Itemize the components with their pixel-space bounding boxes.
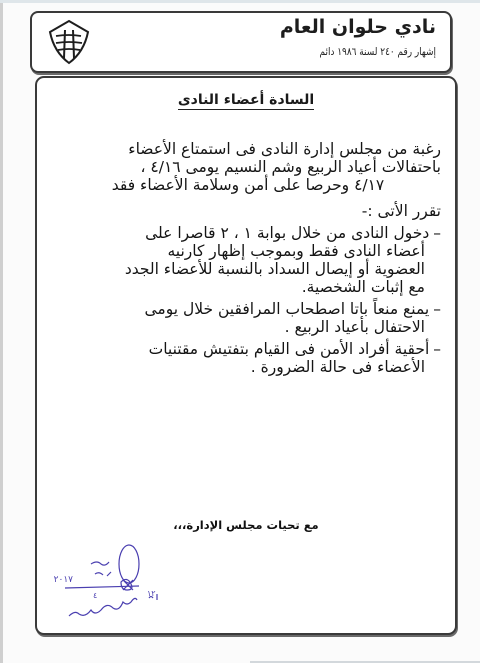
signature-month: ٤: [93, 591, 97, 600]
handwritten-signature: ٢٠١٧ ٤ ١٢: [49, 544, 179, 629]
bullet-dash: –: [433, 300, 441, 318]
registration-number: إشهار رقم ٢٤٠ لسنة ١٩٨٦ دائم: [320, 46, 436, 58]
clause-item: –دخول النادى من خلال بوابة ١ ، ٢ قاصرا ع…: [55, 224, 441, 296]
intro-paragraph: رغبة من مجلس إدارة النادى فى استمتاع الأ…: [55, 140, 441, 194]
salutation-text: السادة أعضاء النادى: [178, 92, 314, 110]
clause-line: مع إثبات الشخصية.: [55, 278, 441, 296]
clause-item: –يمنع منعاً باتا اصطحاب المرافقين خلال ي…: [55, 300, 441, 336]
clause-line: دخول النادى من خلال بوابة ١ ، ٢ قاصرا عل…: [145, 224, 429, 242]
intro-line: باحتفالات أعياد الربيع وشم النسيم يومى ٤…: [55, 158, 441, 176]
intro-line: ٤/١٧ وحرصا على أمن وسلامة الأعضاء فقد: [55, 176, 441, 194]
clause-line: أعضاء النادى فقط وبموجب إظهار كارنيه: [55, 242, 441, 260]
clause-item: –أحقية أفراد الأمن فى القيام بتفتيش مقتن…: [55, 340, 441, 376]
club-name: نادي حلوان العام: [280, 16, 436, 38]
signature-year: ٢٠١٧: [54, 575, 74, 585]
bullet-dash: –: [433, 224, 441, 242]
letterhead: نادي حلوان العام إشهار رقم ٢٤٠ لسنة ١٩٨٦…: [30, 11, 452, 73]
intro-line: رغبة من مجلس إدارة النادى فى استمتاع الأ…: [55, 140, 441, 158]
clause-line: يمنع منعاً باتا اصطحاب المرافقين خلال يو…: [145, 300, 430, 318]
shield-crest-icon: [46, 18, 92, 66]
clause-line: أحقية أفراد الأمن فى القيام بتفتيش مقتني…: [149, 340, 430, 358]
scan-edge: [0, 0, 480, 3]
clause-line: الاحتفال بأعياد الربيع .: [55, 318, 441, 336]
clause-line: الأعضاء فى حالة الضرورة .: [55, 358, 441, 376]
letter-body: السادة أعضاء النادى رغبة من مجلس إدارة ا…: [35, 76, 457, 635]
signature-day: ١٢: [147, 589, 156, 598]
letter-content: رغبة من مجلس إدارة النادى فى استمتاع الأ…: [55, 140, 441, 376]
bullet-dash: –: [433, 340, 441, 358]
salutation: السادة أعضاء النادى: [37, 89, 455, 108]
decision-heading: تقرر الأتى :-: [55, 202, 441, 220]
scan-edge: [0, 0, 3, 663]
clause-line: العضوية أو إيصال السداد بالنسبة للأعضاء …: [55, 260, 441, 278]
closing-line: مع تحيات مجلس الإدارة،،،: [37, 518, 455, 532]
